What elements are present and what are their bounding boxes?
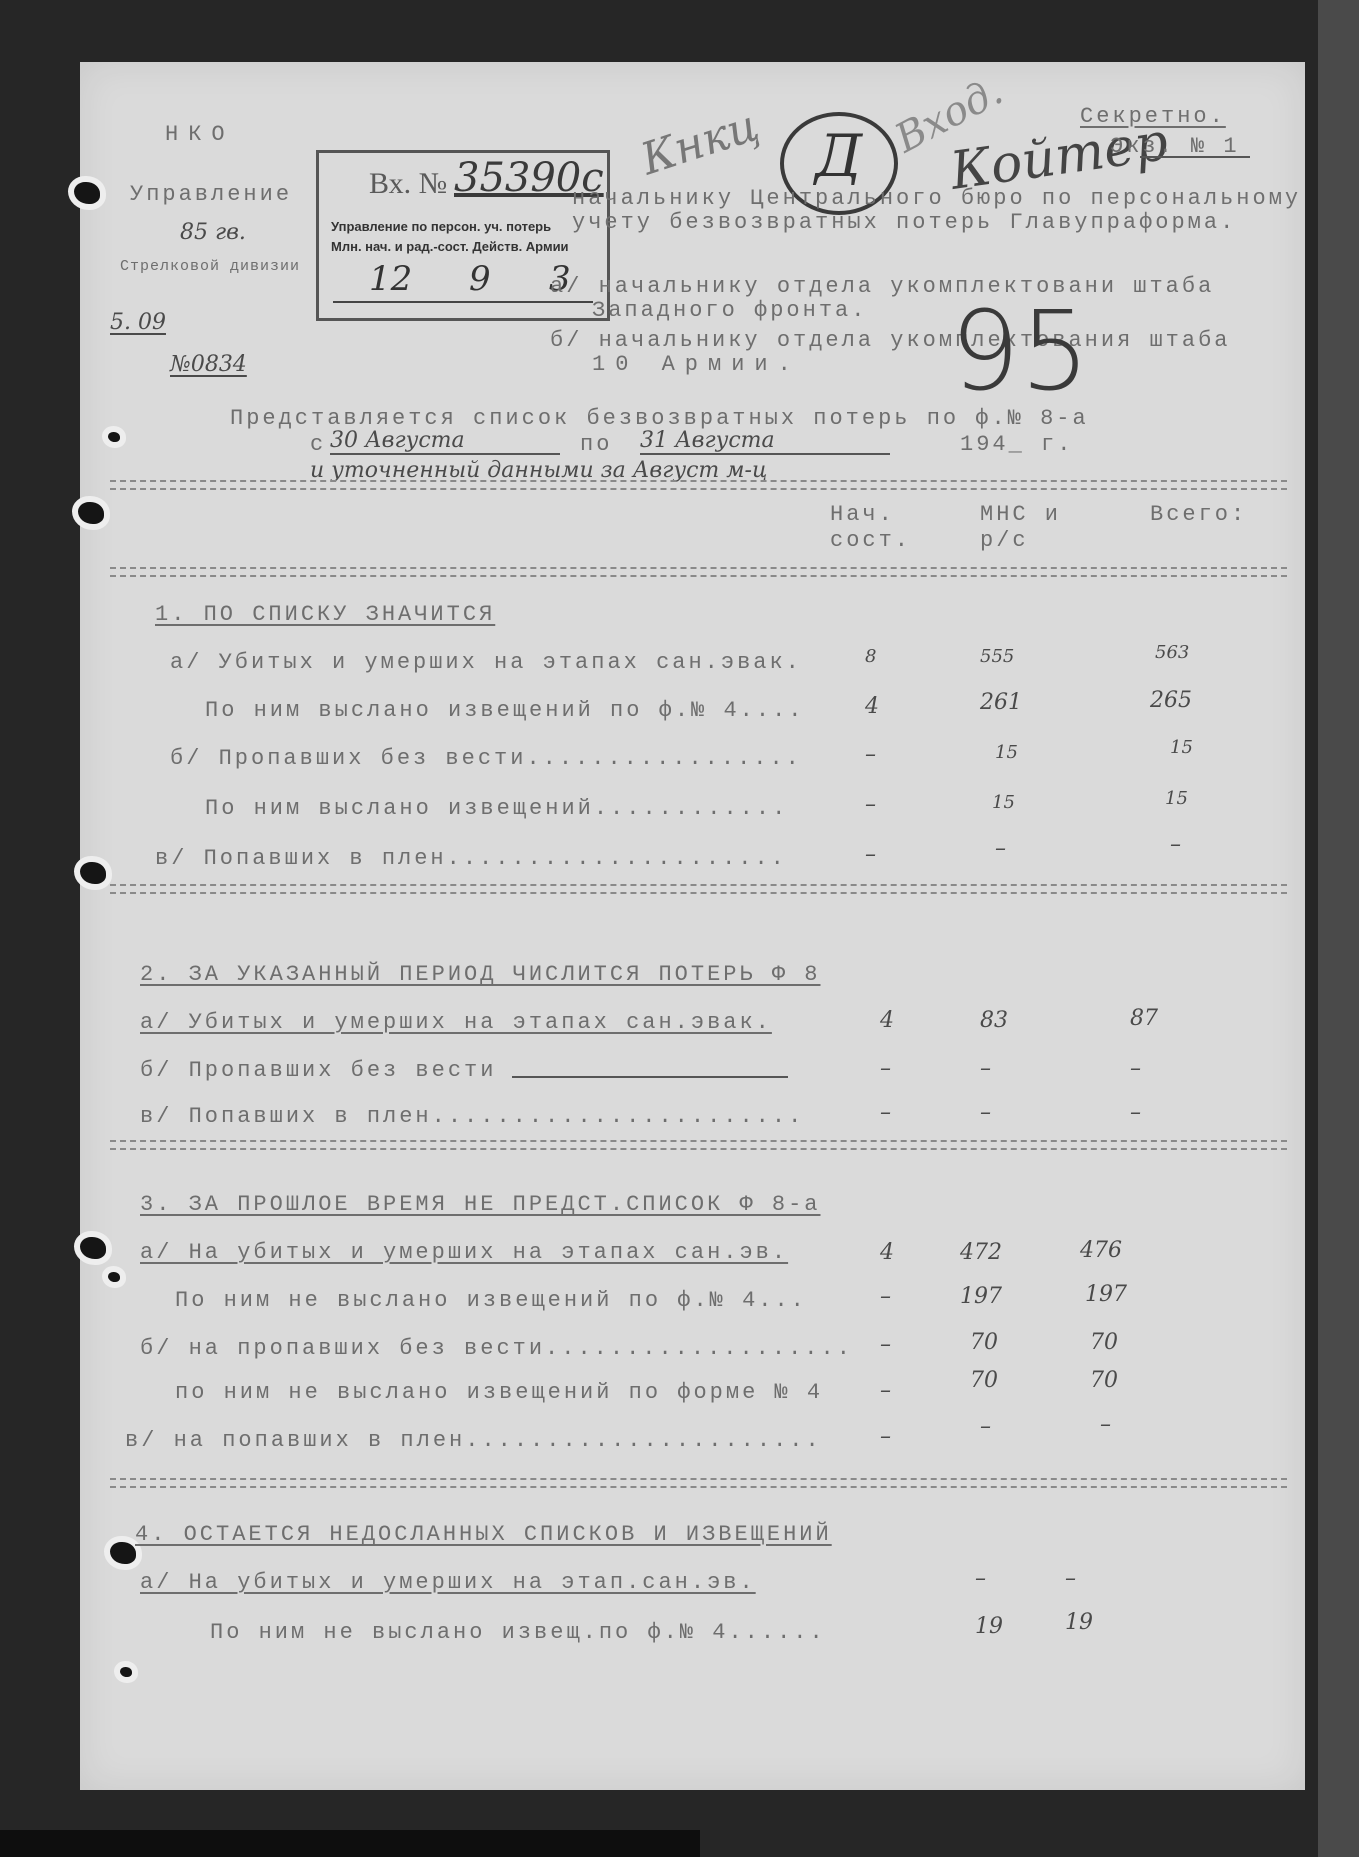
punch-hole — [80, 1237, 106, 1259]
stamp-line-2: Млн. нач. и рад.-сост. Действ. Армии — [331, 239, 569, 254]
table-cell-nco: 19 — [975, 1614, 1003, 1639]
table-cell-total: 15 — [1165, 788, 1188, 809]
table-cell-command: 4 — [880, 1240, 894, 1265]
table-cell-nco: – — [980, 1100, 991, 1125]
table-cell-nco: 197 — [960, 1284, 1002, 1309]
addressee-line-1: начальнику Центрального бюро по персонал… — [572, 186, 1301, 211]
table-cell-total: 70 — [1090, 1330, 1118, 1355]
table-cell-command: 8 — [865, 646, 876, 667]
stamp-line-1: Управление по персон. уч. потерь — [331, 219, 551, 234]
divider — [110, 480, 1287, 490]
column-header-command: Нач. сост. — [830, 502, 910, 554]
addressee-line-3: а/ начальнику отдела укомплектовани штаб… — [550, 274, 1214, 299]
table-row-label: б/ на пропавших без вести...............… — [140, 1336, 853, 1361]
table-row-label: По ним выслано извещений............ — [205, 796, 788, 821]
punch-hole — [120, 1667, 132, 1677]
table-cell-command: – — [865, 742, 876, 767]
table-cell-command: – — [865, 842, 876, 867]
punch-hole — [110, 1542, 136, 1564]
stamp-label: Вх. № — [369, 167, 447, 201]
classification-label: Секретно. — [1080, 104, 1226, 129]
table-cell-nco: 555 — [980, 646, 1014, 667]
table-cell-total: – — [1130, 1100, 1141, 1125]
divider — [110, 1478, 1287, 1488]
addressee-line-4: Западного фронта. — [592, 298, 867, 323]
table-cell-command: – — [865, 792, 876, 817]
table-row-label: по ним не выслано извещений по форме № 4 — [175, 1380, 823, 1405]
table-cell-command: 4 — [880, 1008, 894, 1033]
table-cell-total: 476 — [1080, 1238, 1122, 1263]
table-cell-nco: – — [995, 836, 1006, 861]
divider — [110, 1140, 1287, 1150]
table-cell-total: 563 — [1155, 642, 1189, 663]
table-cell-nco: – — [980, 1414, 991, 1439]
addressee-line-6: 10 Армии. — [592, 352, 801, 377]
table-row-label: б/ Пропавших без вести — [140, 1058, 496, 1083]
stamp-day: 12 — [369, 259, 412, 299]
header-org-line1: НКО — [165, 122, 235, 147]
table-cell-total: 15 — [1170, 737, 1193, 758]
header-outgoing-number: №0834 — [170, 352, 247, 377]
table-cell-total: – — [1100, 1412, 1111, 1437]
column-header-total: Всего: — [1150, 502, 1247, 527]
table-cell-nco: 15 — [992, 792, 1015, 813]
header-division-number: 85 гв. — [180, 220, 246, 245]
table-row-label: а/ Убитых и умерших на этапах сан.эвак. — [170, 650, 802, 675]
table-cell-nco: 472 — [960, 1240, 1002, 1265]
header-date: 5. 09 — [110, 310, 166, 335]
table-cell-command: – — [880, 1332, 891, 1357]
table-cell-command: – — [880, 1424, 891, 1449]
scan-background-shadow — [0, 1830, 700, 1857]
intro-from-date: 30 Августа — [330, 428, 560, 455]
punch-hole — [108, 1272, 120, 1282]
divider — [110, 884, 1287, 894]
table-row-label: а/ Убитых и умерших на этапах сан.эвак. — [140, 1010, 772, 1035]
table-cell-total: – — [1065, 1566, 1076, 1591]
addressee-line-5: б/ начальнику отдела укомплектования шта… — [550, 328, 1231, 353]
table-row-label: б/ Пропавших без вести................. — [170, 746, 802, 771]
section-4-title: 4. ОСТАЕТСЯ НЕДОСЛАННЫХ СПИСКОВ И ИЗВЕЩЕ… — [135, 1522, 832, 1547]
folio-number: 95 — [950, 287, 1090, 415]
table-cell-total: 87 — [1130, 1006, 1158, 1031]
copy-number-underline — [1140, 156, 1250, 158]
table-cell-total: 70 — [1090, 1368, 1118, 1393]
table-cell-nco: 15 — [995, 742, 1018, 763]
table-cell-nco: – — [975, 1566, 986, 1591]
table-cell-command: – — [880, 1378, 891, 1403]
punch-hole — [108, 432, 120, 442]
section-3-title: 3. ЗА ПРОШЛОЕ ВРЕМЯ НЕ ПРЕДСТ.СПИСОК Ф 8… — [140, 1192, 821, 1217]
table-cell-command: – — [880, 1100, 891, 1125]
table-cell-nco: 70 — [970, 1330, 998, 1355]
punch-hole — [80, 862, 106, 884]
table-cell-command: – — [880, 1056, 891, 1081]
table-cell-total: – — [1130, 1056, 1141, 1081]
punch-hole — [74, 182, 100, 204]
table-cell-nco: 83 — [980, 1008, 1008, 1033]
section-1-title: 1. ПО СПИСКУ ЗНАЧИТСЯ — [155, 602, 495, 627]
divider — [110, 567, 1287, 577]
table-row-label: По ним не выслано извещ.по ф.№ 4...... — [210, 1620, 826, 1645]
table-row-label: в/ Попавших в плен......................… — [140, 1104, 804, 1129]
table-cell-total: 265 — [1150, 688, 1192, 713]
fill-line — [512, 1076, 788, 1078]
punch-hole — [78, 502, 104, 524]
stamp-month: 9 — [469, 259, 491, 299]
header-org-line2: Управление — [130, 182, 292, 207]
section-2-title: 2. ЗА УКАЗАННЫЙ ПЕРИОД ЧИСЛИТСЯ ПОТЕРЬ Ф… — [140, 962, 821, 987]
addressee-line-2: учету безвозвратных потерь Главупраформа… — [572, 210, 1236, 235]
table-cell-command: – — [880, 1284, 891, 1309]
header-division-type: Стрелковой дивизии — [120, 258, 300, 275]
table-row-label: а/ На убитых и умерших на этап.сан.эв. — [140, 1570, 756, 1595]
table-cell-total: 19 — [1065, 1610, 1093, 1635]
table-cell-nco: – — [980, 1056, 991, 1081]
handwritten-note-1: Кнкц — [635, 100, 765, 186]
intro-from-label: с — [310, 432, 326, 457]
intro-year: 194_ г. — [960, 432, 1073, 457]
table-cell-nco: 70 — [970, 1368, 998, 1393]
table-row-label: в/ Попавших в плен..................... — [155, 846, 787, 871]
table-cell-command: 4 — [865, 694, 879, 719]
column-header-nco: МНС и р/с — [980, 502, 1070, 554]
table-cell-total: – — [1170, 832, 1181, 857]
table-row-label: а/ На убитых и умерших на этапах сан.эв. — [140, 1240, 788, 1265]
document-page: НКО Управление 85 гв. Стрелковой дивизии… — [80, 62, 1305, 1790]
table-row-label: в/ на попавших в плен...................… — [125, 1428, 822, 1453]
table-row-label: По ним не выслано извещений по ф.№ 4... — [175, 1288, 807, 1313]
table-cell-nco: 261 — [980, 690, 1022, 715]
table-row-label: По ним выслано извещений по ф.№ 4.... — [205, 698, 804, 723]
table-cell-total: 197 — [1085, 1282, 1127, 1307]
handwritten-note-2: Д — [815, 122, 862, 190]
intro-to-label: по — [580, 432, 612, 457]
scan-background-strip — [1318, 0, 1359, 1857]
intro-to-date: 31 Августа — [640, 428, 890, 455]
